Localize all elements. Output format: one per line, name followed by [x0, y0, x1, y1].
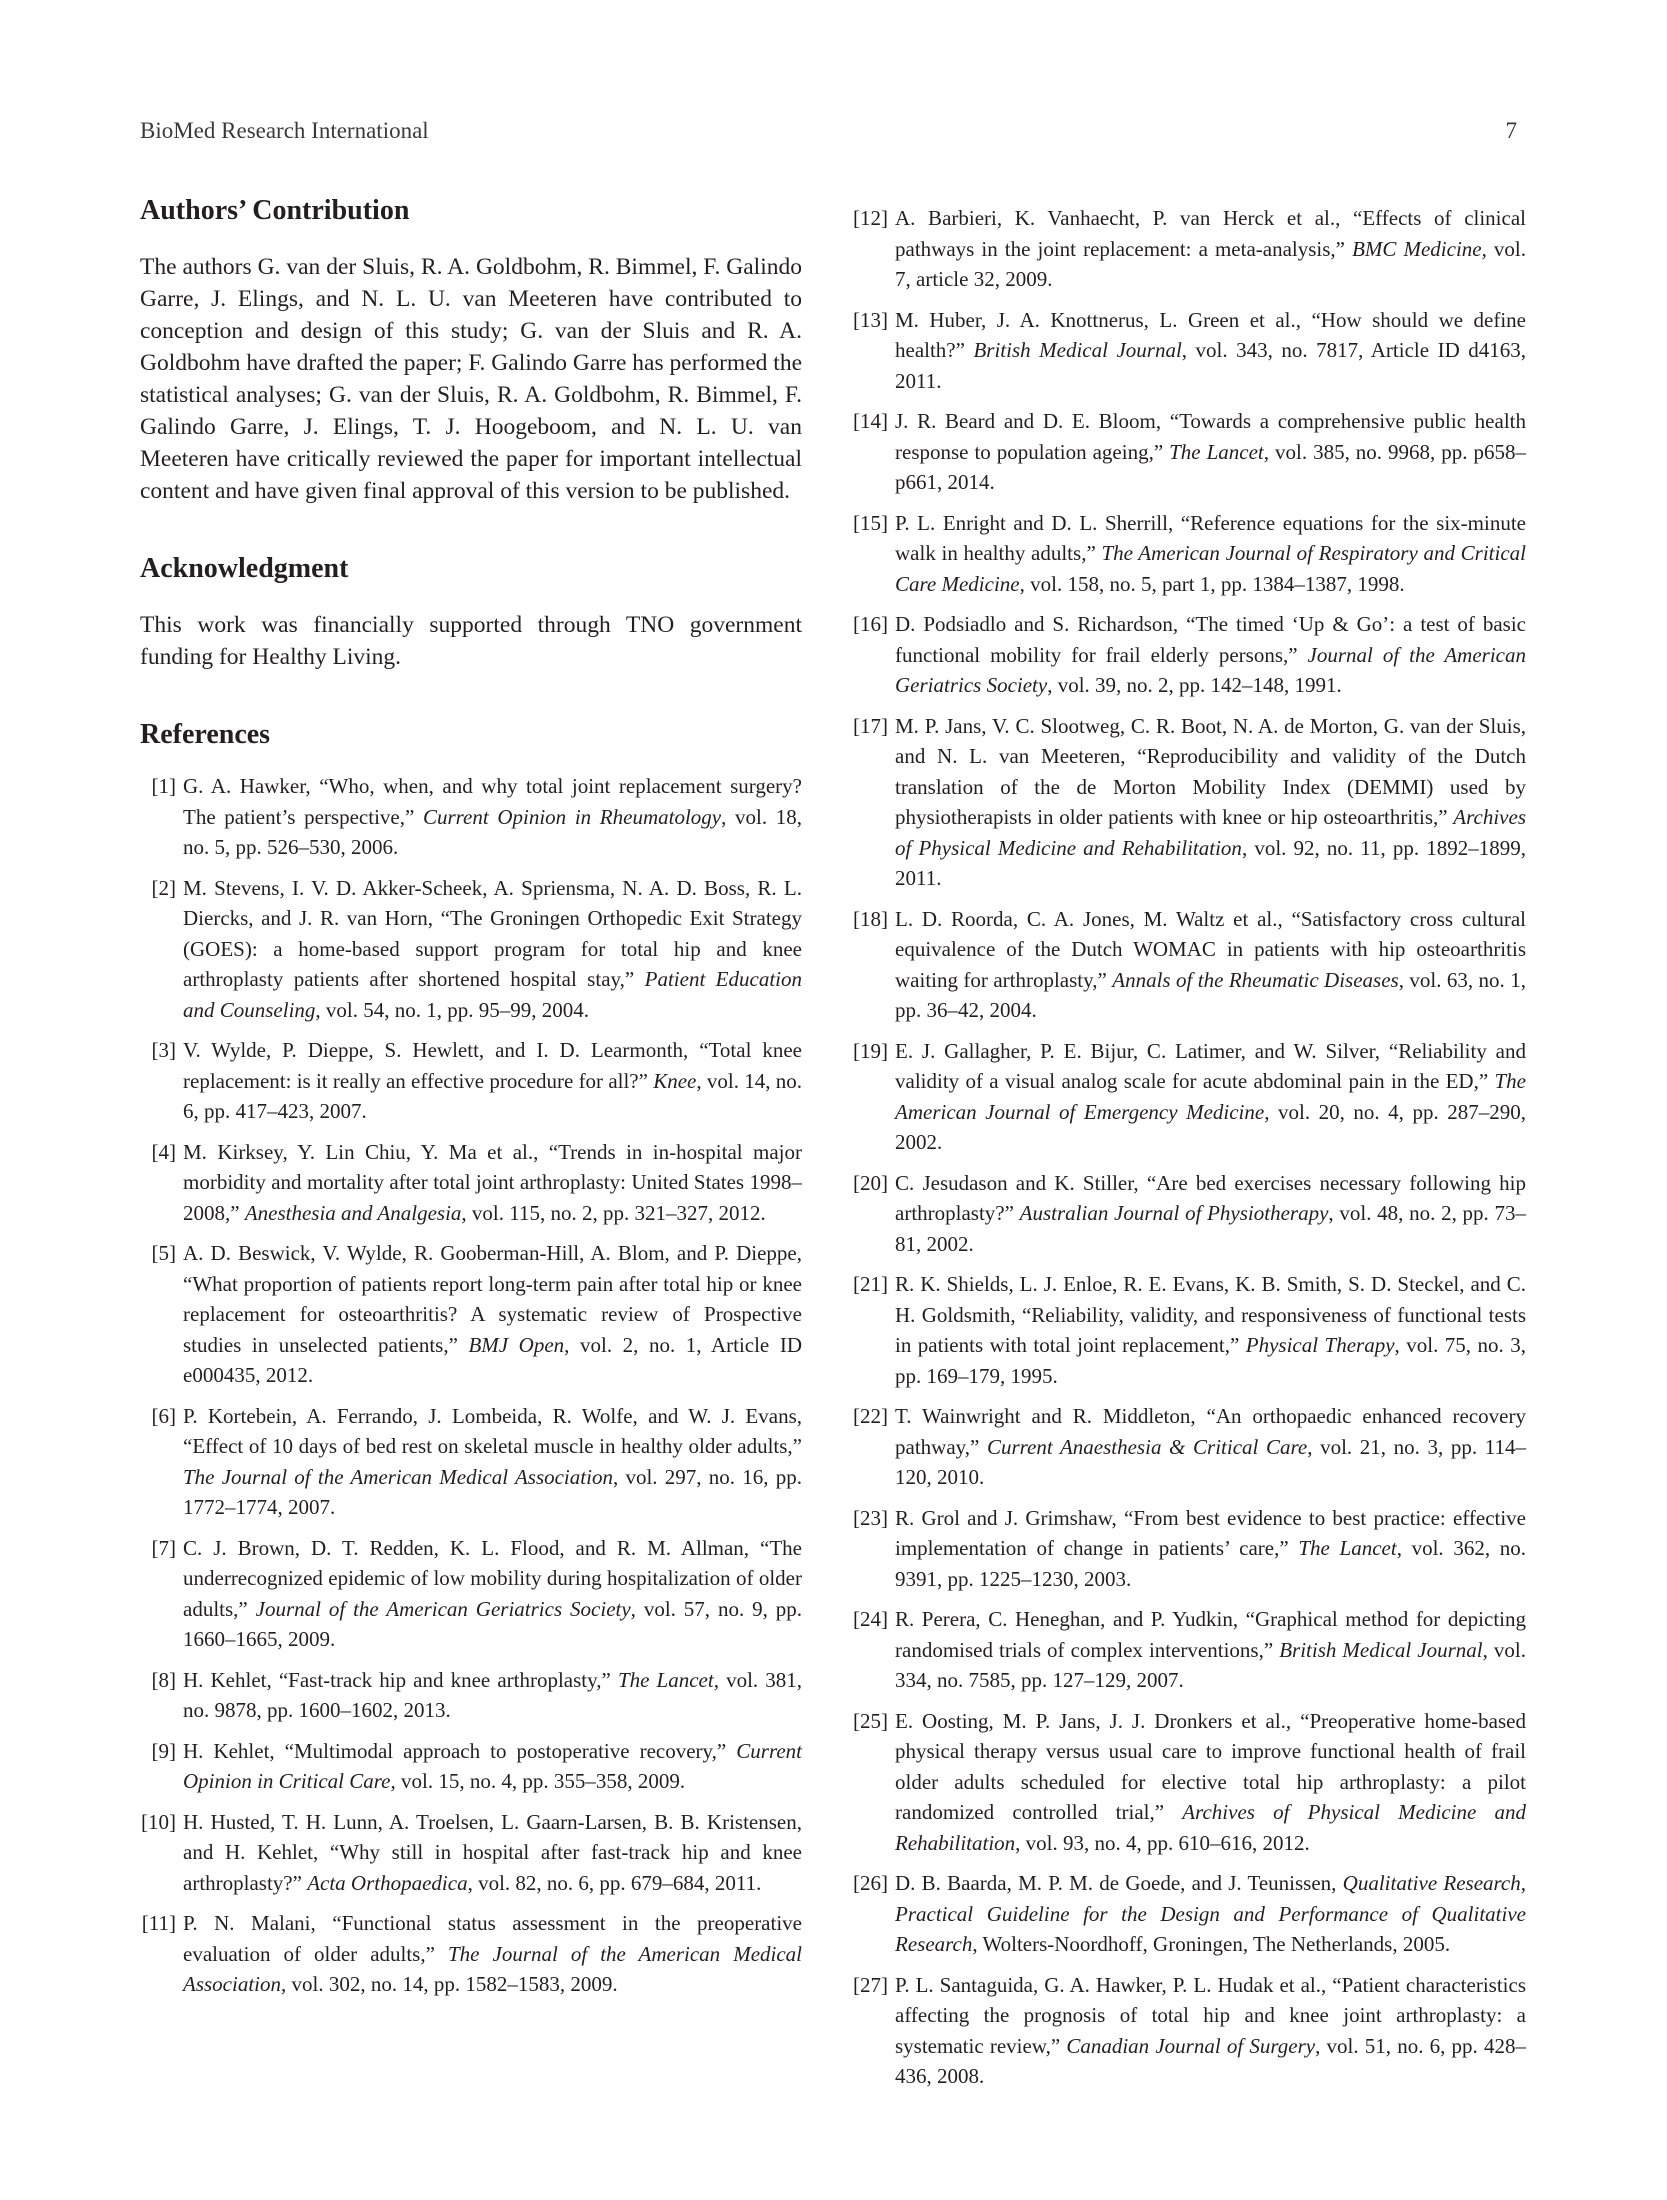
- references-section: References [1]G. A. Hawker, “Who, when, …: [140, 719, 802, 2000]
- reference-number: [6]: [140, 1401, 176, 1432]
- reference-item: [8]H. Kehlet, “Fast-track hip and knee a…: [140, 1665, 802, 1726]
- reference-item: [12]A. Barbieri, K. Vanhaecht, P. van He…: [843, 203, 1526, 295]
- reference-number: [4]: [140, 1137, 176, 1168]
- reference-item: [25]E. Oosting, M. P. Jans, J. J. Dronke…: [843, 1706, 1526, 1859]
- reference-number: [27]: [843, 1970, 888, 2001]
- reference-number: [26]: [843, 1868, 888, 1899]
- journal-title: The Lancet: [618, 1668, 714, 1692]
- journal-title: Knee: [653, 1069, 696, 1093]
- journal-title: Canadian Journal of Surgery: [1066, 2034, 1315, 2058]
- reference-number: [15]: [843, 508, 888, 539]
- journal-title: BMJ Open: [468, 1333, 564, 1357]
- reference-item: [3]V. Wylde, P. Dieppe, S. Hewlett, and …: [140, 1035, 802, 1127]
- reference-item: [16]D. Podsiadlo and S. Richardson, “The…: [843, 609, 1526, 701]
- reference-number: [22]: [843, 1401, 888, 1432]
- reference-item: [19]E. J. Gallagher, P. E. Bijur, C. Lat…: [843, 1036, 1526, 1158]
- reference-number: [19]: [843, 1036, 888, 1067]
- reference-item: [21]R. K. Shields, L. J. Enloe, R. E. Ev…: [843, 1269, 1526, 1391]
- journal-title: Journal of the American Geriatrics Socie…: [256, 1597, 631, 1621]
- reference-number: [14]: [843, 406, 888, 437]
- reference-number: [13]: [843, 305, 888, 336]
- reference-number: [10]: [140, 1807, 176, 1838]
- reference-item: [14]J. R. Beard and D. E. Bloom, “Toward…: [843, 406, 1526, 498]
- reference-item: [17]M. P. Jans, V. C. Slootweg, C. R. Bo…: [843, 711, 1526, 894]
- reference-number: [7]: [140, 1533, 176, 1564]
- reference-list-right: [12]A. Barbieri, K. Vanhaecht, P. van He…: [843, 203, 1526, 2092]
- journal-title: The Journal of the American Medical Asso…: [183, 1465, 613, 1489]
- reference-item: [27]P. L. Santaguida, G. A. Hawker, P. L…: [843, 1970, 1526, 2092]
- reference-number: [8]: [140, 1665, 176, 1696]
- journal-title: BMC Medicine: [1352, 237, 1482, 261]
- reference-number: [18]: [843, 904, 888, 935]
- section-heading: References: [140, 719, 802, 751]
- journal-title: British Medical Journal: [973, 338, 1181, 362]
- reference-item: [5]A. D. Beswick, V. Wylde, R. Gooberman…: [140, 1238, 802, 1391]
- journal-title: Annals of the Rheumatic Diseases: [1112, 968, 1398, 992]
- reference-list-left: [1]G. A. Hawker, “Who, when, and why tot…: [140, 771, 802, 2000]
- reference-item: [26]D. B. Baarda, M. P. M. de Goede, and…: [843, 1868, 1526, 1960]
- journal-title: British Medical Journal: [1279, 1638, 1482, 1662]
- reference-item: [18]L. D. Roorda, C. A. Jones, M. Waltz …: [843, 904, 1526, 1026]
- reference-item: [2]M. Stevens, I. V. D. Akker-Scheek, A.…: [140, 873, 802, 1026]
- reference-item: [23]R. Grol and J. Grimshaw, “From best …: [843, 1503, 1526, 1595]
- journal-title: The Lancet: [1169, 440, 1264, 464]
- page-number: 7: [1506, 118, 1518, 144]
- acknowledgment-section: Acknowledgment This work was financially…: [140, 553, 802, 673]
- reference-item: [4]M. Kirksey, Y. Lin Chiu, Y. Ma et al.…: [140, 1137, 802, 1229]
- reference-item: [7]C. J. Brown, D. T. Redden, K. L. Floo…: [140, 1533, 802, 1655]
- journal-title: The Lancet: [1298, 1536, 1396, 1560]
- reference-number: [23]: [843, 1503, 888, 1534]
- reference-number: [5]: [140, 1238, 176, 1269]
- section-body: This work was financially supported thro…: [140, 609, 802, 673]
- reference-number: [16]: [843, 609, 888, 640]
- reference-number: [21]: [843, 1269, 888, 1300]
- journal-title: Current Opinion in Rheumatology: [423, 805, 721, 829]
- reference-item: [20]C. Jesudason and K. Stiller, “Are be…: [843, 1168, 1526, 1260]
- reference-item: [6]P. Kortebein, A. Ferrando, J. Lombeid…: [140, 1401, 802, 1523]
- reference-number: [25]: [843, 1706, 888, 1737]
- reference-item: [9]H. Kehlet, “Multimodal approach to po…: [140, 1736, 802, 1797]
- journal-title: Acta Orthopaedica: [307, 1871, 467, 1895]
- reference-number: [12]: [843, 203, 888, 234]
- reference-number: [24]: [843, 1604, 888, 1635]
- reference-item: [22]T. Wainwright and R. Middleton, “An …: [843, 1401, 1526, 1493]
- reference-number: [1]: [140, 771, 176, 802]
- section-heading: Authors’ Contribution: [140, 195, 802, 227]
- right-column: [12]A. Barbieri, K. Vanhaecht, P. van He…: [843, 203, 1526, 2102]
- journal-title: Current Anaesthesia & Critical Care: [987, 1435, 1307, 1459]
- reference-item: [24]R. Perera, C. Heneghan, and P. Yudki…: [843, 1604, 1526, 1696]
- journal-title: Anesthesia and Analgesia: [245, 1201, 462, 1225]
- reference-number: [20]: [843, 1168, 888, 1199]
- journal-title: Physical Therapy: [1246, 1333, 1395, 1357]
- journal-title: Australian Journal of Physiotherapy: [1020, 1201, 1329, 1225]
- reference-number: [17]: [843, 711, 888, 742]
- reference-item: [1]G. A. Hawker, “Who, when, and why tot…: [140, 771, 802, 863]
- section-heading: Acknowledgment: [140, 553, 802, 585]
- reference-number: [3]: [140, 1035, 176, 1066]
- reference-item: [15]P. L. Enright and D. L. Sherrill, “R…: [843, 508, 1526, 600]
- reference-item: [10]H. Husted, T. H. Lunn, A. Troelsen, …: [140, 1807, 802, 1899]
- authors-contribution-section: Authors’ Contribution The authors G. van…: [140, 195, 802, 507]
- reference-item: [11]P. N. Malani, “Functional status ass…: [140, 1908, 802, 2000]
- reference-number: [9]: [140, 1736, 176, 1767]
- reference-number: [11]: [140, 1908, 176, 1939]
- left-column: Authors’ Contribution The authors G. van…: [140, 195, 802, 2010]
- running-header-journal: BioMed Research International: [140, 118, 429, 144]
- reference-item: [13]M. Huber, J. A. Knottnerus, L. Green…: [843, 305, 1526, 397]
- section-body: The authors G. van der Sluis, R. A. Gold…: [140, 251, 802, 507]
- reference-number: [2]: [140, 873, 176, 904]
